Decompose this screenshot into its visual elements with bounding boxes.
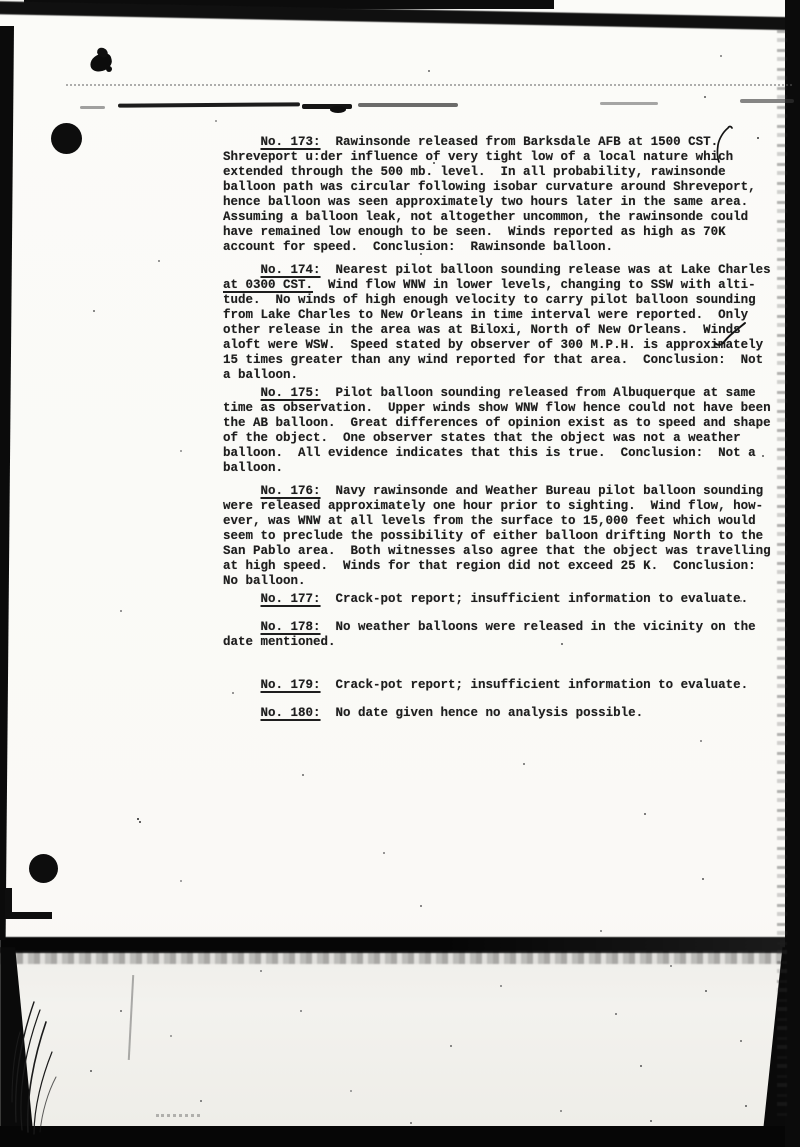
report-number-label: No. 179: bbox=[261, 678, 321, 692]
scan-smear bbox=[80, 106, 105, 109]
report-paragraph-177: No. 177: Crack-pot report; insufficient … bbox=[223, 592, 795, 607]
report-body-text bbox=[223, 592, 261, 606]
report-paragraph-173: No. 173: Rawinsonde released from Barksd… bbox=[223, 135, 795, 255]
scan-smear bbox=[740, 99, 794, 103]
report-body-text: Nearest pilot balloon sounding release w… bbox=[321, 263, 771, 277]
report-paragraph-176: No. 176: Navy rawinsonde and Weather Bur… bbox=[223, 484, 795, 589]
report-body-text bbox=[223, 386, 261, 400]
report-body-text bbox=[223, 620, 261, 634]
report-body-text: Wind flow WNW in lower levels, changing … bbox=[223, 278, 763, 382]
scan-border-left bbox=[0, 26, 14, 940]
report-body-text bbox=[223, 135, 261, 149]
report-number-label: No. 178: bbox=[261, 620, 321, 634]
report-body-text: Crack-pot report; insufficient informati… bbox=[321, 592, 749, 606]
report-body-text bbox=[223, 678, 261, 692]
typewritten-text: No. 173: Rawinsonde released from Barksd… bbox=[223, 135, 795, 721]
report-paragraph-180: No. 180: No date given hence no analysis… bbox=[223, 706, 795, 721]
scanner-bed-mark bbox=[156, 1114, 200, 1117]
report-number-label: No. 177: bbox=[261, 592, 321, 606]
report-body-text bbox=[223, 484, 261, 498]
scan-noise bbox=[0, 0, 2, 2]
report-number-label: No. 174: bbox=[261, 263, 321, 277]
scanned-document-page: No. 173: Rawinsonde released from Barksd… bbox=[0, 0, 800, 1147]
scan-smear bbox=[330, 106, 346, 113]
report-paragraph-175: No. 175: Pilot balloon sounding released… bbox=[223, 386, 795, 476]
scan-streak-dotted bbox=[66, 84, 792, 86]
report-number-label: No. 175: bbox=[261, 386, 321, 400]
report-body-text: Crack-pot report; insufficient informati… bbox=[321, 678, 749, 692]
report-body-text bbox=[223, 706, 261, 720]
ink-smudge bbox=[106, 66, 112, 72]
report-body-text: Rawinsonde released from Barksdale AFB a… bbox=[223, 135, 756, 254]
report-paragraph-179: No. 179: Crack-pot report; insufficient … bbox=[223, 678, 795, 693]
scan-smear bbox=[118, 102, 300, 107]
report-body-text: No date given hence no analysis possible… bbox=[321, 706, 644, 720]
report-number-label: No. 173: bbox=[261, 135, 321, 149]
scan-smear bbox=[358, 103, 458, 107]
report-number-label: at 0300 CST. bbox=[223, 278, 313, 292]
scan-smear bbox=[600, 102, 658, 105]
registration-mark bbox=[5, 912, 52, 919]
page-bottom-edge-ragged bbox=[0, 951, 800, 964]
report-body-text bbox=[223, 263, 261, 277]
report-paragraph-178: No. 178: No weather balloons were releas… bbox=[223, 620, 795, 650]
report-body-text: Navy rawinsonde and Weather Bureau pilot… bbox=[223, 484, 771, 588]
report-paragraph-174: No. 174: Nearest pilot balloon sounding … bbox=[223, 263, 795, 383]
report-number-label: No. 176: bbox=[261, 484, 321, 498]
punch-hole-bottom bbox=[29, 854, 58, 883]
scratch-marks bbox=[6, 982, 156, 1142]
punch-hole-top bbox=[51, 123, 82, 154]
report-number-label: No. 180: bbox=[261, 706, 321, 720]
